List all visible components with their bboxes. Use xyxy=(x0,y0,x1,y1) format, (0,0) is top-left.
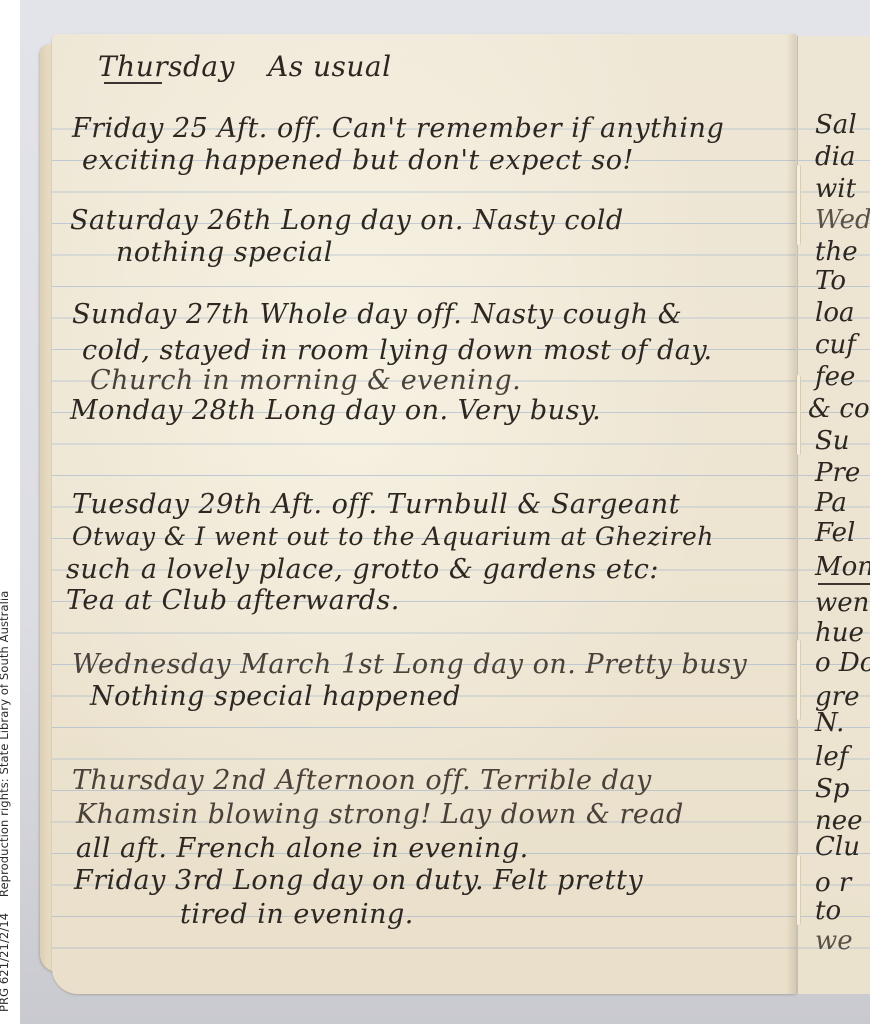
facing-page-fragment: N. xyxy=(815,708,844,738)
facing-page-fragment: Wed xyxy=(815,205,870,235)
facing-page-fragment: fee xyxy=(815,362,855,392)
diary-line: Wednesday March 1st Long day on. Pretty … xyxy=(72,650,747,680)
diary-line: Tuesday 29th Aft. off. Turnbull & Sargea… xyxy=(72,490,680,520)
rights-caption: PRG 621/21/2/14 Reproduction rights: Sta… xyxy=(0,591,10,1012)
facing-page-fragment: Su xyxy=(815,426,850,456)
facing-page-fragment: dia xyxy=(815,142,855,172)
facing-page-fragment: the xyxy=(815,237,858,267)
binding-stitch xyxy=(796,375,801,455)
diary-line: exciting happened but don't expect so! xyxy=(82,146,634,176)
facing-page-fragment: wen xyxy=(815,588,869,618)
diary-line: Monday 28th Long day on. Very busy. xyxy=(70,396,601,426)
facing-page-fragment: cuf xyxy=(815,330,856,360)
diary-line: Saturday 26th Long day on. Nasty cold xyxy=(70,206,624,236)
diary-line: Friday 3rd Long day on duty. Felt pretty xyxy=(74,866,643,896)
facing-page-fragment: wit xyxy=(815,174,856,204)
binding-stitch xyxy=(796,640,801,720)
diary-heading-text: As usual xyxy=(268,52,392,82)
facing-page-fragment: Mon xyxy=(815,552,870,582)
diary-line: such a lovely place, grotto & gardens et… xyxy=(66,555,659,585)
diary-line: Thursday 2nd Afternoon off. Terrible day xyxy=(72,766,652,796)
diary-line: Nothing special happened xyxy=(90,682,461,712)
facing-page-fragment: loa xyxy=(815,298,854,328)
diary-line: Sunday 27th Whole day off. Nasty cough & xyxy=(72,300,682,330)
gutter-shadow xyxy=(786,34,796,994)
facing-page-fragment: Sp xyxy=(815,774,849,804)
diary-heading-day: Thursday xyxy=(98,52,235,82)
facing-page-fragment: Fel xyxy=(815,518,855,548)
diary-line: tired in evening. xyxy=(180,900,414,930)
diary-line: Otway & I went out to the Aquarium at Gh… xyxy=(72,522,714,552)
diary-line: Khamsin blowing strong! Lay down & read xyxy=(76,800,684,830)
binding-stitch xyxy=(796,855,801,925)
facing-page-fragment: Clu xyxy=(815,832,860,862)
diary-line: Friday 25 Aft. off. Can't remember if an… xyxy=(72,114,724,144)
diary-line: Church in morning & evening. xyxy=(90,366,521,396)
diary-line: nothing special xyxy=(116,238,333,268)
facing-page-fragment: Pre xyxy=(815,458,860,488)
facing-page-fragment: Pa xyxy=(815,488,847,518)
binding-stitch xyxy=(796,165,801,245)
facing-page-fragment: hue xyxy=(815,618,864,648)
facing-page-fragment: To xyxy=(815,266,846,296)
heading-underline xyxy=(104,82,162,84)
facing-page-fragment: Sal xyxy=(815,110,857,140)
diary-line: all aft. French alone in evening. xyxy=(76,834,529,864)
facing-page-fragment: lef xyxy=(815,742,848,772)
reproduction-rights-notice: Reproduction rights: State Library of So… xyxy=(0,591,11,897)
diary-line: cold, stayed in room lying down most of … xyxy=(82,336,713,366)
diary-line: Tea at Club afterwards. xyxy=(66,586,400,616)
facing-page-underline xyxy=(818,583,870,585)
facing-page-fragment: o r xyxy=(815,868,851,898)
rights-strip: PRG 621/21/2/14 Reproduction rights: Sta… xyxy=(0,0,20,1024)
facing-page-fragment: we xyxy=(815,926,853,956)
catalogue-reference: PRG 621/21/2/14 xyxy=(0,913,11,1012)
facing-page-fragment: & co xyxy=(808,394,870,424)
facing-page-fragment: o Do xyxy=(815,648,870,678)
facing-page-fragment: to xyxy=(815,896,841,926)
